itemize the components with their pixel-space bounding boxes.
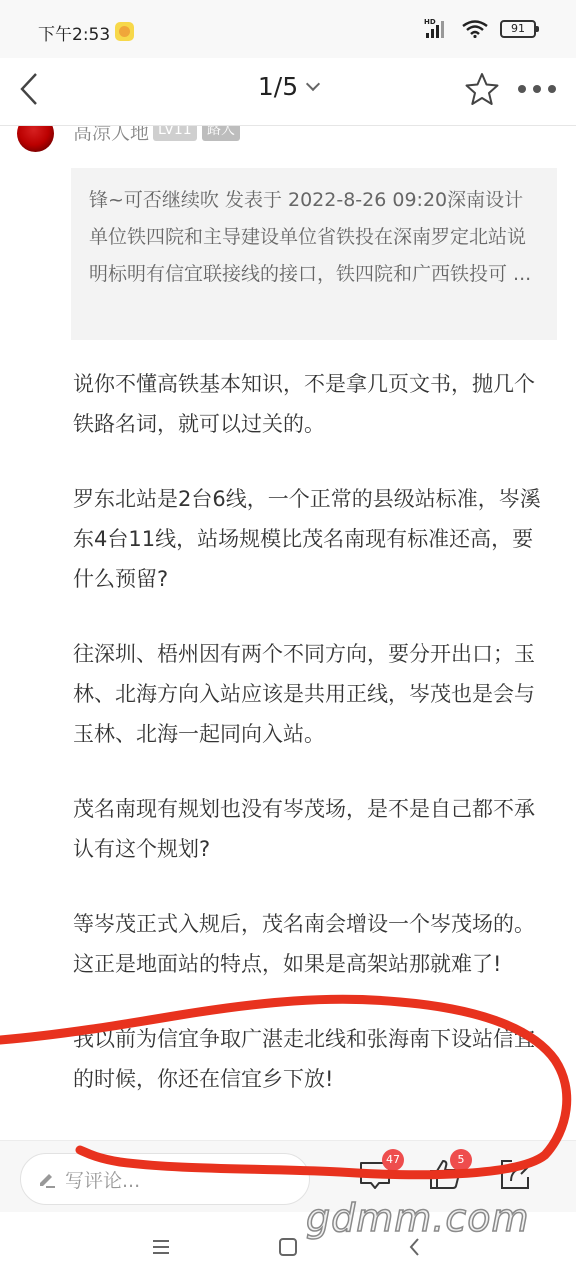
more-icon <box>518 85 526 93</box>
page-indicator-label: 1/5 <box>258 72 298 101</box>
app-notification-icon <box>115 22 134 41</box>
paragraph: 茂名南现有规划也没有岑茂场，是不是自己都不承认有这个规划? <box>73 789 543 869</box>
battery-icon: 91 <box>500 20 536 38</box>
star-icon <box>462 70 502 110</box>
wifi-icon <box>462 20 488 38</box>
more-button[interactable] <box>518 82 562 96</box>
comment-placeholder: 写评论... <box>65 1166 140 1193</box>
status-time: 下午2:53 <box>38 20 110 45</box>
network-type-label: HD <box>424 18 436 26</box>
nav-header: 1/5 <box>0 58 576 126</box>
paragraph: 我以前为信宜争取广湛走北线和张海南下设站信宜的时候，你还在信宜乡下放! <box>73 1019 543 1099</box>
comment-count-badge: 47 <box>382 1149 404 1171</box>
watermark: gdmm.com <box>306 1196 530 1240</box>
paragraph: 说你不懂高铁基本知识，不是拿几页文书，抛几个铁路名词，就可以过关的。 <box>73 364 543 444</box>
share-icon <box>498 1157 532 1191</box>
like-count-badge: 5 <box>450 1149 472 1171</box>
share-button[interactable] <box>498 1157 538 1197</box>
home-icon[interactable] <box>275 1234 301 1260</box>
like-button[interactable]: 5 <box>428 1157 468 1197</box>
comments-button[interactable]: 47 <box>358 1157 398 1197</box>
status-indicators: HD 91 <box>424 20 536 38</box>
chevron-down-icon <box>306 77 320 91</box>
paragraph: 罗东北站是2台6线，一个正常的县级站标准，岑溪东4台11线，站场规模比茂名南现有… <box>73 479 543 599</box>
status-bar: 下午2:53 HD 91 <box>0 0 576 58</box>
quote-block[interactable]: 锋~可否继续吹 发表于 2022-8-26 09:20深南设计单位铁四院和主导建… <box>71 168 557 340</box>
quote-text: 锋~可否继续吹 发表于 2022-8-26 09:20深南设计单位铁四院和主导建… <box>89 182 539 293</box>
paragraph: 等岑茂正式入规后，茂名南会增设一个岑茂场的。这正是地面站的特点，如果是高架站那就… <box>73 904 543 984</box>
pencil-icon <box>37 1169 57 1189</box>
menu-icon[interactable] <box>148 1234 174 1260</box>
favorite-button[interactable] <box>462 70 502 110</box>
post-content: 说你不懂高铁基本知识，不是拿几页文书，抛几个铁路名词，就可以过关的。 罗东北站是… <box>73 364 543 1134</box>
paragraph: 往深圳、梧州因有两个不同方向，要分开出口；玉林、北海方向入站应该是共用正线，岑茂… <box>73 634 543 754</box>
comment-input[interactable]: 写评论... <box>20 1153 310 1205</box>
signal-icon: HD <box>424 20 450 38</box>
